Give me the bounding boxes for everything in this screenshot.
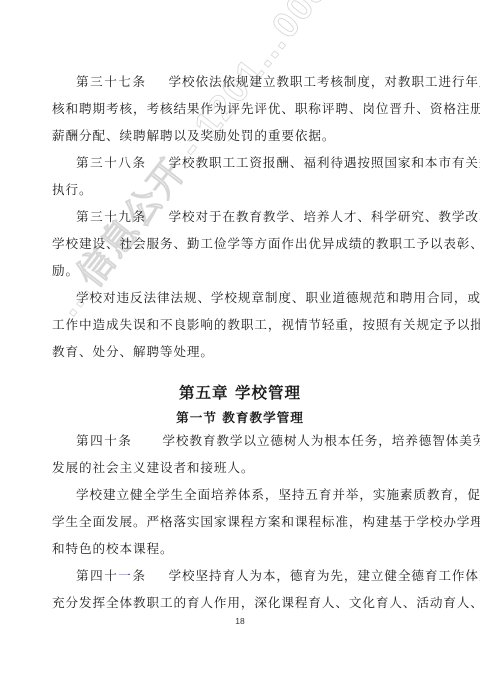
highlighted-char: 一	[118, 568, 132, 583]
article-39-line-1: 第三十九条学校对于在教育教学、培养人才、科学研究、教学改革、	[76, 209, 432, 225]
article-number: 第三十七条	[76, 74, 146, 89]
article-37-line-2: 核和聘期考核，考核结果作为评先评优、职称评聘、岗位晋升、资格注册、	[52, 101, 432, 117]
article-39-line-2: 学校建设、社会服务、勤工俭学等方面作出优异成绩的教职工予以表彰、奖	[52, 236, 432, 252]
article-number: 第四十条	[76, 433, 132, 448]
article-40-para2-line-3: 和特色的校本课程。	[52, 541, 432, 557]
page-number: 18	[0, 616, 480, 626]
article-40-line-1: 第四十条学校教育教学以立德树人为根本任务，培养德智体美劳全面	[76, 433, 432, 449]
article-39-para2-line-1: 学校对违反法律法规、学校规章制度、职业道德规范和聘用合同，或在	[76, 290, 432, 306]
chapter-title: 第五章 学校管理	[0, 381, 480, 403]
article-39-para2-line-2: 工作中造成失误和不良影响的教职工，视情节轻重，按照有关规定予以批评	[52, 317, 432, 333]
article-41-line-1: 第四十一条学校坚持育人为本，德育为先，建立健全德育工作体系，	[76, 568, 432, 584]
article-37-line-1: 第三十七条学校依法依规建立教职工考核制度，对教职工进行年度考	[76, 74, 432, 90]
article-39-line-3: 励。	[52, 263, 432, 279]
article-number: 第四十一条	[76, 568, 146, 583]
article-37-line-3: 薪酬分配、续聘解聘以及奖励处罚的重要依据。	[52, 128, 432, 144]
article-number: 第三十八条	[76, 155, 146, 170]
article-40-para2-line-1: 学校建立健全学生全面培养体系，坚持五育并举，实施素质教育，促进	[76, 487, 432, 503]
section-title: 第一节 教育教学管理	[0, 407, 480, 426]
article-38-line-1: 第三十八条学校教职工工资报酬、福利待遇按照国家和本市有关规定	[76, 155, 432, 171]
article-39-para2-line-3: 教育、处分、解聘等处理。	[52, 344, 432, 360]
article-40-line-2: 发展的社会主义建设者和接班人。	[52, 460, 432, 476]
document-page: …信息公开 - 1201…0083 - 2023… 第三十七条学校依法依规建立教…	[0, 0, 480, 679]
article-number: 第三十九条	[76, 209, 146, 224]
article-38-line-2: 执行。	[52, 182, 432, 198]
article-41-line-2: 充分发挥全体教职工的育人作用，深化课程育人、文化育人、活动育人、实	[52, 595, 432, 611]
article-40-para2-line-2: 学生全面发展。严格落实国家课程方案和课程标准，构建基于学校办学理念	[52, 514, 432, 530]
